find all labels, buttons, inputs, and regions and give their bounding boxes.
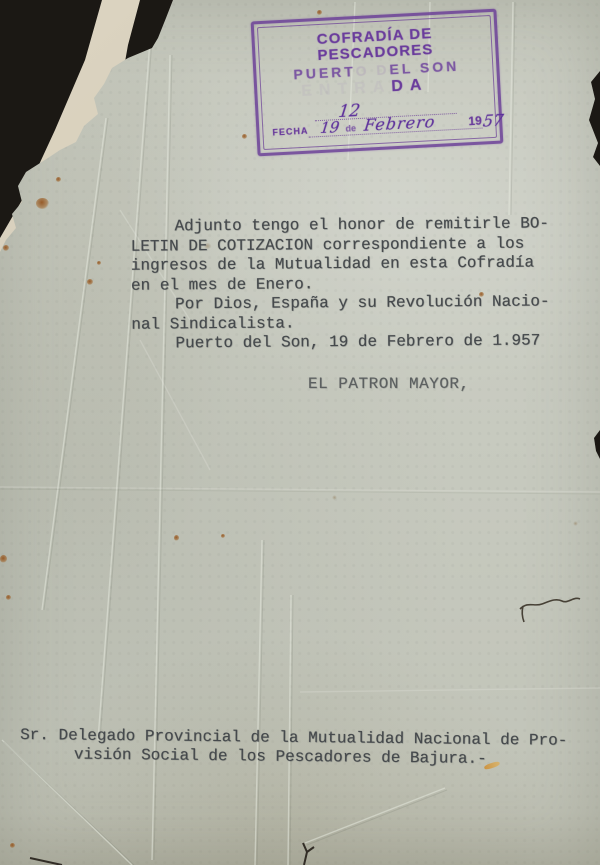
- stamp-day-handwritten: 19: [319, 118, 340, 137]
- rust-stain: [87, 279, 93, 285]
- stamp-de-label: de: [345, 123, 356, 134]
- stamp-place-start: PUERT: [293, 63, 356, 82]
- body-line: ingresos de la Mutualidad en esta Cofrad…: [131, 253, 571, 276]
- rust-stain: [97, 261, 101, 265]
- rust-stain: [36, 198, 49, 209]
- rust-stain: [332, 495, 337, 500]
- rust-stain: [6, 595, 11, 600]
- scanned-letter-scene: COFRADÍA DE PESCADORES PUERTO DEL SON EN…: [0, 0, 600, 865]
- rust-stain: [174, 535, 179, 541]
- stamp-entry-visible: DA: [391, 76, 429, 95]
- rust-stain: [317, 10, 322, 15]
- stamp-year-print: 19: [468, 114, 482, 129]
- stamp-fecha-label: FECHA: [272, 126, 308, 138]
- rust-stain: [10, 843, 15, 848]
- body-line: Puerto del Son, 19 de Febrero de 1.957: [131, 331, 571, 354]
- rust-stain: [61, 55, 66, 61]
- rust-stain: [242, 134, 247, 139]
- typed-body: Adjunto tengo el honor de remitirle BO- …: [130, 214, 571, 354]
- stamp-year-handwritten: 57: [482, 110, 505, 130]
- registry-stamp: COFRADÍA DE PESCADORES PUERTO DEL SON EN…: [251, 9, 504, 157]
- stamp-place-faded: O D: [355, 61, 390, 79]
- recipient-address: Sr. Delegado Provincial de la Mutualidad…: [20, 726, 590, 769]
- rust-stain: [19, 165, 26, 174]
- stamp-inner-border: COFRADÍA DE PESCADORES PUERTO DEL SON EN…: [257, 15, 497, 150]
- rust-stain: [0, 555, 7, 563]
- rust-stain: [3, 245, 9, 251]
- signature-line: EL PATRON MAYOR,: [308, 375, 470, 393]
- rust-stain: [56, 177, 61, 182]
- rust-stain: [6, 150, 17, 165]
- rust-stain: [221, 534, 225, 538]
- rust-stain: [573, 521, 578, 526]
- letter-paper: COFRADÍA DE PESCADORES PUERTO DEL SON EN…: [0, 0, 600, 865]
- stamp-month-handwritten: Febrero: [363, 112, 437, 135]
- body-line: Por Dios, España y su Revolución Nacio-: [131, 292, 571, 315]
